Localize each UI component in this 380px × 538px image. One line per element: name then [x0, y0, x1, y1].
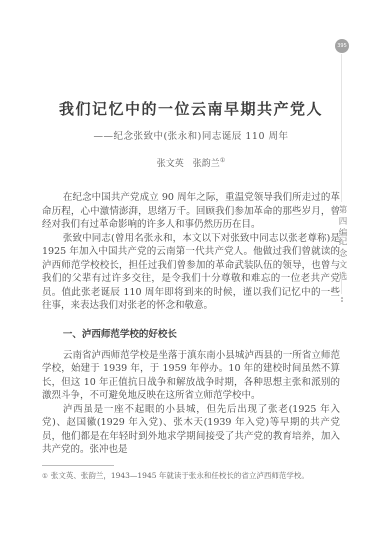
rail-part-label: 第四编 [336, 205, 348, 240]
rail-section-label: 纪念文选 [336, 237, 348, 283]
author-line: 张文英 张韵兰① [42, 156, 340, 169]
body-text: 在纪念中国共产党成立 90 周年之际，重温党领导我们所走过的革命历程，心中激情澎… [42, 191, 340, 313]
article-title: 我们记忆中的一位云南早期共产党人 [42, 98, 340, 119]
paragraph: 云南省泸西师范学校是坐落于滇东南小县城泸西县的一所省立师范学校，始建于 1939… [42, 349, 340, 403]
section-heading: 一、泸西师范学校的好校长 [42, 326, 340, 340]
footnote-divider [42, 465, 114, 466]
article-subtitle: ——纪念张致中(张永和)同志诞辰 110 周年 [42, 128, 340, 142]
paragraph: 张致中同志(曾用名张永和，本文以下对张致中同志以张老尊称)是 1925 年加入中… [42, 232, 340, 313]
footnote-text: 张文英、张韵兰，1943—1945 年就读于张永和任校长的省立泸西师范学校。 [51, 471, 309, 480]
footnote-area: ①张文英、张韵兰，1943—1945 年就读于张永和任校长的省立泸西师范学校。 [42, 465, 340, 481]
page-number-badge: 395 [335, 39, 349, 53]
author-names: 张文英 张韵兰 [157, 159, 220, 169]
paragraph: 泸西虽是一座不起眼的小县城，但先后出现了张老(1925 年入党)、赵国徽(192… [42, 403, 340, 457]
footnote: ①张文英、张韵兰，1943—1945 年就读于张永和任校长的省立泸西师范学校。 [42, 471, 340, 481]
footnote-mark: ① [42, 472, 48, 480]
document-page: 我们记忆中的一位云南早期共产党人 ——纪念张致中(张永和)同志诞辰 110 周年… [0, 0, 380, 538]
rail-dots-marker [341, 297, 342, 303]
section-body: 云南省泸西师范学校是坐落于滇东南小县城泸西县的一所省立师范学校，始建于 1939… [42, 349, 340, 457]
paragraph: 在纪念中国共产党成立 90 周年之际，重温党领导我们所走过的革命历程，心中激情澎… [42, 191, 340, 232]
rail-line [341, 274, 342, 294]
author-footnote-mark: ① [220, 157, 225, 164]
article: 我们记忆中的一位云南早期共产党人 ——纪念张致中(张永和)同志诞辰 110 周年… [42, 0, 340, 481]
rail-line [341, 54, 342, 202]
margin-rail: 395 第四编 纪念文选 [333, 0, 353, 538]
